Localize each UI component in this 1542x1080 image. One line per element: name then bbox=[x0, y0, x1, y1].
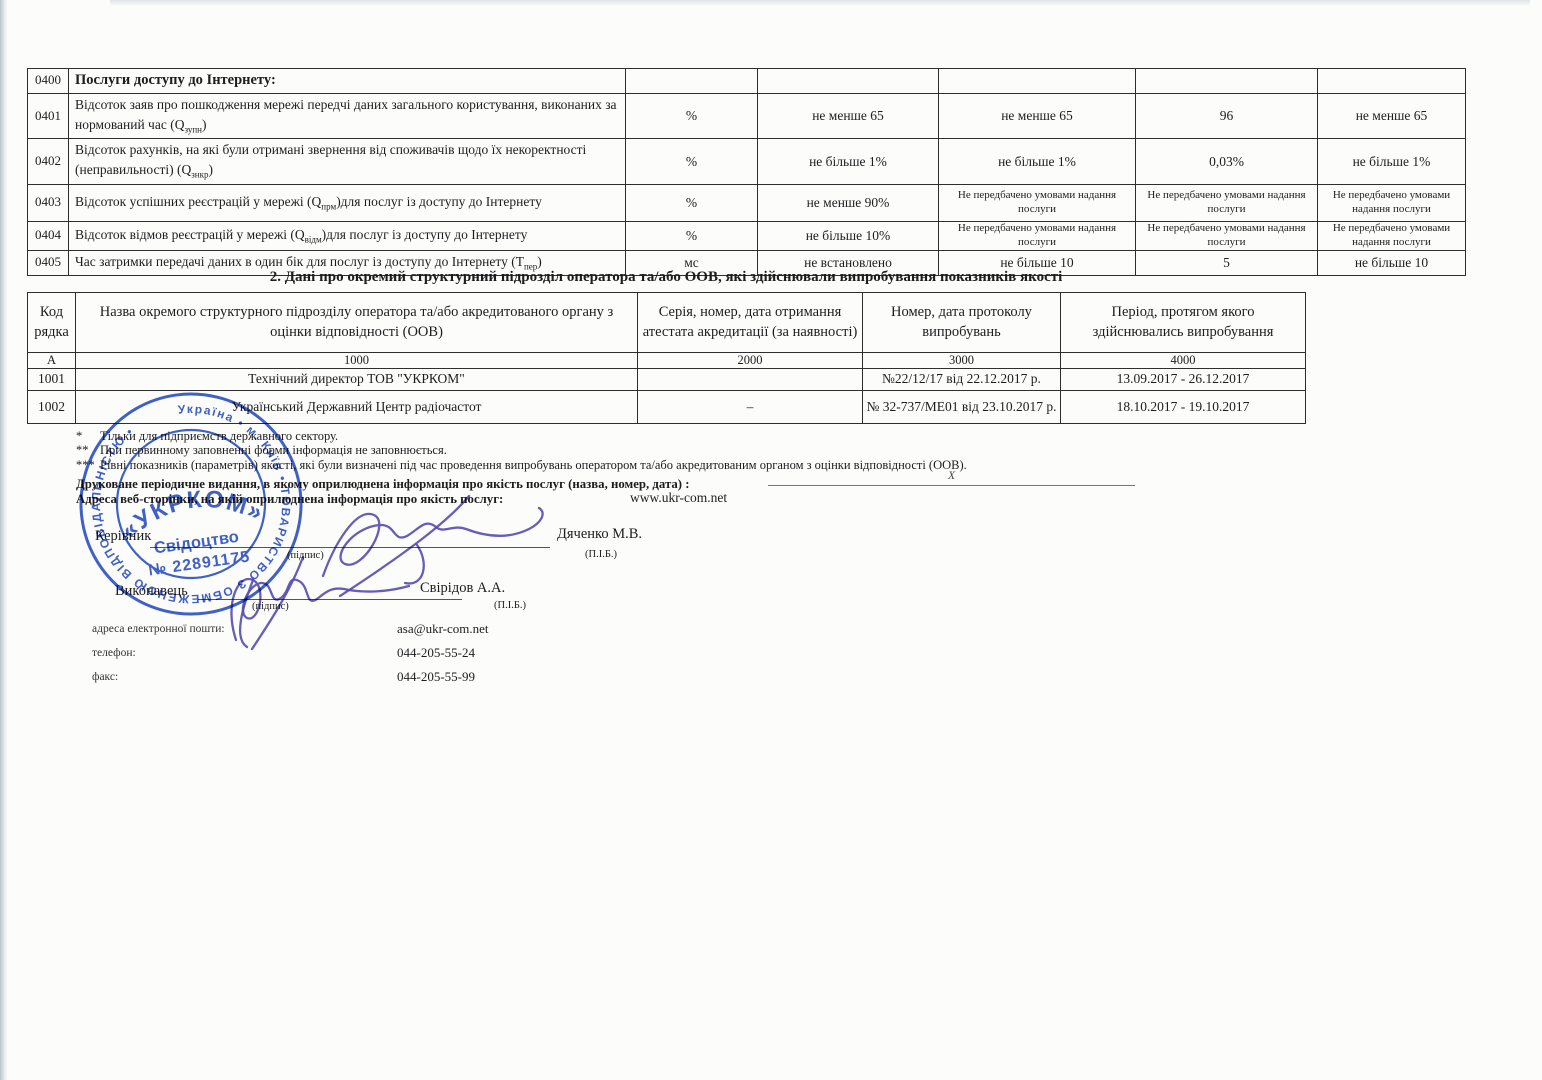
cell-row-code: 0400 bbox=[28, 69, 69, 94]
table-row: 0402 Відсоток рахунків, на які були отри… bbox=[28, 139, 1466, 184]
scan-top-smudge bbox=[110, 0, 1530, 6]
header-cell-protocol: Номер, дата протоколу випробувань bbox=[863, 293, 1061, 353]
empty-cell bbox=[626, 69, 758, 94]
publication-fill-line: X bbox=[768, 470, 1135, 486]
cell-row-code: 0403 bbox=[28, 184, 69, 221]
indicator-text: Відсоток заяв про пошкодження мережі пер… bbox=[75, 97, 617, 132]
cell-value: Не передбачено умовами надання послуги bbox=[1318, 221, 1466, 250]
x-placeholder: X bbox=[948, 470, 955, 482]
cell-unit: % bbox=[626, 184, 758, 221]
cell-value: Не передбачено умовами надання послуги bbox=[939, 184, 1136, 221]
header-cell-name: Назва окремого структурного підрозділу о… bbox=[76, 293, 638, 353]
scan-edge-shadow bbox=[0, 0, 8, 1080]
cell-unit: % bbox=[626, 139, 758, 184]
cell-protocol: №22/12/17 від 22.12.2017 р. bbox=[863, 369, 1061, 391]
cell-protocol: № 32-737/МЕ01 від 23.10.2017 р. bbox=[863, 391, 1061, 424]
table-header-row: Код рядка Назва окремого структурного пі… bbox=[28, 293, 1306, 353]
table-internet-qos: 0400 Послуги доступу до Інтернету: 0401 … bbox=[27, 68, 1466, 276]
fax-label: факс: bbox=[92, 671, 118, 683]
cell-indicator-desc: Відсоток заяв про пошкодження мережі пер… bbox=[69, 93, 626, 138]
cell-value: не менше 65 bbox=[758, 93, 939, 138]
phone-label: телефон: bbox=[92, 647, 136, 659]
cell-certificate bbox=[638, 369, 863, 391]
column-number-row: А 1000 2000 3000 4000 bbox=[28, 353, 1306, 369]
cell-value: не більше 10 bbox=[1318, 250, 1466, 275]
cell-row-code: 0402 bbox=[28, 139, 69, 184]
colnum-cell: 1000 bbox=[76, 353, 638, 369]
cell-value: не більше 1% bbox=[1318, 139, 1466, 184]
indicator-text: ) bbox=[537, 254, 542, 269]
indicator-text: Відсоток рахунків, на які були отримані … bbox=[75, 142, 586, 177]
cell-indicator-desc: Відсоток рахунків, на які були отримані … bbox=[69, 139, 626, 184]
empty-cell bbox=[758, 69, 939, 94]
cell-value: не менше 90% bbox=[758, 184, 939, 221]
indicator-subscript: знкр bbox=[191, 170, 208, 180]
cell-indicator-desc: Відсоток успішних реєстрацій у мережі (Q… bbox=[69, 184, 626, 221]
header-cell-certificate: Серія, номер, дата отримання атестата ак… bbox=[638, 293, 863, 353]
cell-value: Не передбачено умовами надання послуги bbox=[939, 221, 1136, 250]
table-row: 0401 Відсоток заяв про пошкодження мереж… bbox=[28, 93, 1466, 138]
empty-cell bbox=[939, 69, 1136, 94]
section-2-title: 2. Дані про окремий структурний підрозді… bbox=[27, 269, 1305, 286]
cell-row-code: 0401 bbox=[28, 93, 69, 138]
table-row: 0404 Відсоток відмов реєстрацій у мережі… bbox=[28, 221, 1466, 250]
head-name-caption: (П.І.Б.) bbox=[585, 549, 617, 560]
table-row: 0400 Послуги доступу до Інтернету: bbox=[28, 69, 1466, 94]
indicator-text: )для послуг із доступу до Інтернету bbox=[322, 227, 528, 242]
header-cell-code: Код рядка bbox=[28, 293, 76, 353]
table-row: 0403 Відсоток успішних реєстрацій у мере… bbox=[28, 184, 1466, 221]
indicator-text: )для послуг із доступу до Інтернету bbox=[336, 194, 542, 209]
cell-value: не менше 65 bbox=[1318, 93, 1466, 138]
empty-cell bbox=[1318, 69, 1466, 94]
cell-row-code: 0404 bbox=[28, 221, 69, 250]
colnum-cell: А bbox=[28, 353, 76, 369]
cell-value: не більше 1% bbox=[758, 139, 939, 184]
indicator-text: ) bbox=[209, 162, 214, 177]
cell-unit: % bbox=[626, 221, 758, 250]
cell-value: Не передбачено умовами надання послуги bbox=[1318, 184, 1466, 221]
colnum-cell: 4000 bbox=[1061, 353, 1306, 369]
cell-value: 0,03% bbox=[1136, 139, 1318, 184]
scanned-document-page: 0400 Послуги доступу до Інтернету: 0401 … bbox=[0, 0, 1542, 1080]
empty-cell bbox=[1136, 69, 1318, 94]
cell-value: Не передбачено умовами надання послуги bbox=[1136, 184, 1318, 221]
cell-unit: % bbox=[626, 93, 758, 138]
colnum-cell: 3000 bbox=[863, 353, 1061, 369]
executor-signature bbox=[231, 557, 409, 649]
indicator-subscript: зупн bbox=[184, 125, 202, 135]
cell-value: Не передбачено умовами надання послуги bbox=[1136, 221, 1318, 250]
indicator-text: ) bbox=[202, 117, 207, 132]
head-signature bbox=[323, 496, 543, 596]
indicator-subscript: прм bbox=[321, 201, 336, 211]
cell-certificate: – bbox=[638, 391, 863, 424]
indicator-text: Відсоток успішних реєстрацій у мережі (Q bbox=[75, 194, 321, 209]
cell-value: не більше 1% bbox=[939, 139, 1136, 184]
cell-value: 96 bbox=[1136, 93, 1318, 138]
cell-value: не менше 65 bbox=[939, 93, 1136, 138]
header-cell-period: Період, протягом якого здійснювались вип… bbox=[1061, 293, 1306, 353]
cell-row-code: 1001 bbox=[28, 369, 76, 391]
cell-value: не більше 10% bbox=[758, 221, 939, 250]
cell-indicator-desc: Відсоток відмов реєстрацій у мережі (Qві… bbox=[69, 221, 626, 250]
indicator-text: Час затримки передачі даних в один бік д… bbox=[75, 254, 524, 269]
signatures-overlay bbox=[200, 470, 580, 670]
colnum-cell: 2000 bbox=[638, 353, 863, 369]
cell-section-desc: Послуги доступу до Інтернету: bbox=[69, 69, 626, 94]
indicator-text: Відсоток відмов реєстрацій у мережі (Q bbox=[75, 227, 305, 242]
fax-value: 044-205-55-99 bbox=[397, 669, 475, 685]
website-value: www.ukr-com.net bbox=[630, 490, 727, 506]
indicator-subscript: відм bbox=[305, 234, 322, 244]
cell-row-code: 1002 bbox=[28, 391, 76, 424]
cell-period: 13.09.2017 - 26.12.2017 bbox=[1061, 369, 1306, 391]
cell-period: 18.10.2017 - 19.10.2017 bbox=[1061, 391, 1306, 424]
